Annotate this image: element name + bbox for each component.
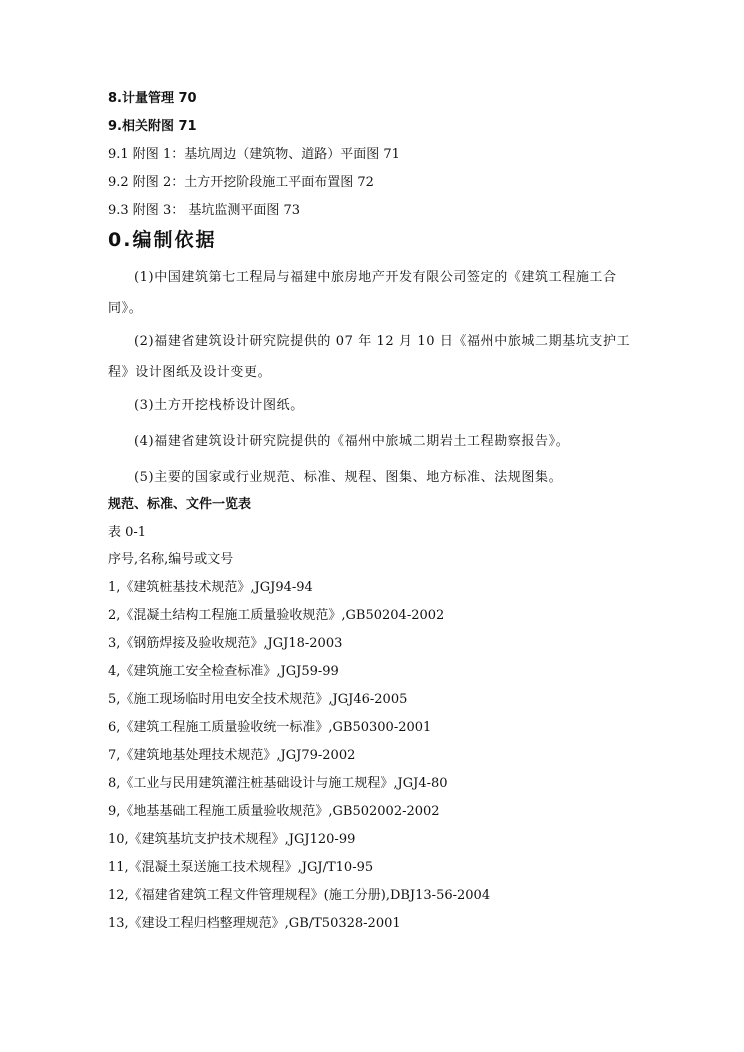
basis-item-5: (5)主要的国家或行业规范、标准、规程、图集、地方标准、法规图集。 xyxy=(108,462,638,493)
standard-row: 3,《钢筋焊接及验收规范》,JGJ18-2003 xyxy=(108,635,342,653)
standard-row: 10,《建筑基坑支护技术规程》,JGJ120-99 xyxy=(108,831,355,849)
toc-entry-9-1: 9.1 附图 1：基坑周边（建筑物、道路）平面图 71 xyxy=(108,146,400,164)
toc-entry-8: 8.计量管理 70 xyxy=(108,90,197,108)
table-title: 规范、标准、文件一览表 xyxy=(108,496,251,514)
basis-item-3: (3)土方开挖栈桥设计图纸。 xyxy=(108,390,638,421)
table-label: 表 0-1 xyxy=(108,524,146,542)
toc-entry-9-3: 9.3 附图 3： 基坑监测平面图 73 xyxy=(108,202,300,220)
standard-row: 5,《施工现场临时用电安全技术规范》,JGJ46-2005 xyxy=(108,691,407,709)
section-heading: 0.编制依据 xyxy=(108,228,216,252)
standard-row: 8,《工业与民用建筑灌注桩基础设计与施工规程》,JGJ4-80 xyxy=(108,775,448,793)
standard-row: 9,《地基基础工程施工质量验收规范》,GB502002-2002 xyxy=(108,803,440,821)
standard-row: 2,《混凝土结构工程施工质量验收规范》,GB50204-2002 xyxy=(108,607,444,625)
table-header: 序号,名称,编号或文号 xyxy=(108,551,233,569)
toc-entry-9: 9.相关附图 71 xyxy=(108,118,197,136)
toc-entry-9-2: 9.2 附图 2：土方开挖阶段施工平面布置图 72 xyxy=(108,174,374,192)
standard-row: 6,《建筑工程施工质量验收统一标准》,GB50300-2001 xyxy=(108,719,431,737)
standard-row: 7,《建筑地基处理技术规范》,JGJ79-2002 xyxy=(108,747,355,765)
standard-row: 11,《混凝土泵送施工技术规程》,JGJ/T10-95 xyxy=(108,859,373,877)
standard-row: 12,《福建省建筑工程文件管理规程》(施工分册),DBJ13-56-2004 xyxy=(108,887,490,905)
basis-item-1: (1)中国建筑第七工程局与福建中旅房地产开发有限公司签定的《建筑工程施工合同》。 xyxy=(108,262,638,324)
basis-item-2: (2)福建省建筑设计研究院提供的 07 年 12 月 10 日《福州中旅城二期基… xyxy=(108,326,638,388)
standard-row: 13,《建设工程归档整理规范》,GB/T50328-2001 xyxy=(108,915,401,933)
standard-row: 1,《建筑桩基技术规范》,JGJ94-94 xyxy=(108,579,313,597)
basis-item-4: (4)福建省建筑设计研究院提供的《福州中旅城二期岩土工程勘察报告》。 xyxy=(108,426,638,457)
standard-row: 4,《建筑施工安全检查标准》,JGJ59-99 xyxy=(108,663,339,681)
